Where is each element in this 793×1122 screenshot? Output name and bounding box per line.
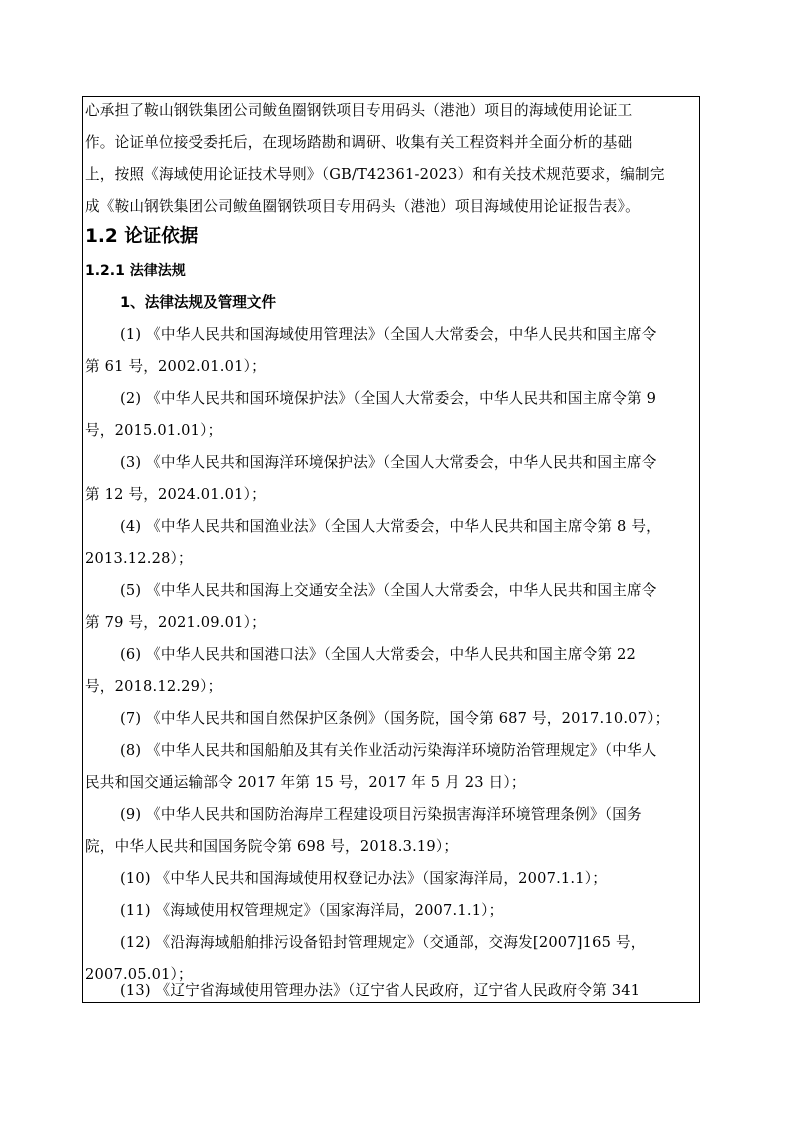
list-item-3-line-1: (3) 《中华人民共和国海洋环境保护法》（全国人大常委会，中华人民共和国主席令 bbox=[120, 453, 657, 473]
intro-line-2: 作。论证单位接受委托后，在现场踏勘和调研、收集有关工程资料并全面分析的基础 bbox=[85, 133, 632, 153]
list-item-12-line-1: (12) 《沿海海域船舶排污设备铅封管理规定》（交通部，交海发[2007]165… bbox=[120, 933, 646, 953]
list-item-2-line-2: 号，2015.01.01）； bbox=[85, 421, 222, 441]
intro-line-1: 心承担了鞍山钢铁集团公司鲅鱼圈钢铁项目专用码头（港池）项目的海域使用论证工 bbox=[85, 101, 632, 121]
list-item-11-line-1: (11) 《海域使用权管理规定》（国家海洋局，2007.1.1）； bbox=[120, 901, 503, 921]
list-item-7-line-1: (7) 《中华人民共和国自然保护区条例》（国务院，国令第 687 号，2017.… bbox=[120, 709, 669, 729]
list-item-9-line-1: (9) 《中华人民共和国防治海岸工程建设项目污染损害海洋环境管理条例》（国务 bbox=[120, 805, 642, 825]
intro-line-4: 成《鞍山钢铁集团公司鲅鱼圈钢铁项目专用码头（港池）项目海域使用论证报告表》。 bbox=[85, 197, 640, 217]
list-item-1-line-2: 第 61 号，2002.01.01）； bbox=[85, 357, 266, 377]
list-item-10-line-1: (10) 《中华人民共和国海域使用权登记办法》（国家海洋局，2007.1.1）； bbox=[120, 869, 607, 889]
list-item-5-line-2: 第 79 号，2021.09.01）； bbox=[85, 613, 266, 633]
list-item-4-line-1: (4) 《中华人民共和国渔业法》（全国人大常委会，中华人民共和国主席令第 8 号… bbox=[120, 517, 661, 537]
list-item-4-line-2: 2013.12.28）； bbox=[85, 549, 193, 569]
list-item-1-line-1: (1) 《中华人民共和国海域使用管理法》（全国人大常委会，中华人民共和国主席令 bbox=[120, 325, 657, 345]
intro-line-3: 上，按照《海域使用论证技术导则》（GB/T42361-2023）和有关技术规范要… bbox=[85, 165, 665, 185]
list-item-9-line-2: 院，中华人民共和国国务院令第 698 号，2018.3.19）； bbox=[85, 837, 458, 857]
list-item-6-line-1: (6) 《中华人民共和国港口法》（全国人大常委会，中华人民共和国主席令第 22 bbox=[120, 645, 636, 665]
section-heading: 1.2 论证依据 bbox=[85, 227, 198, 247]
list-item-3-line-2: 第 12 号，2024.01.01）； bbox=[85, 485, 266, 505]
list-item-2-line-1: (2) 《中华人民共和国环境保护法》（全国人大常委会，中华人民共和国主席令第 9 bbox=[120, 389, 656, 409]
list-item-13-line-1: (13) 《辽宁省海域使用管理办法》（辽宁省人民政府，辽宁省人民政府令第 341 bbox=[120, 981, 640, 1001]
list-item-6-line-2: 号，2018.12.29）； bbox=[85, 677, 222, 697]
document-page-frame: 心承担了鞍山钢铁集团公司鲅鱼圈钢铁项目专用码头（港池）项目的海域使用论证工 作。… bbox=[82, 96, 700, 1003]
list-item-5-line-1: (5) 《中华人民共和国海上交通安全法》（全国人大常委会，中华人民共和国主席令 bbox=[120, 581, 657, 601]
list-item-8-line-1: (8) 《中华人民共和国船舶及其有关作业活动污染海洋环境防治管理规定》（中华人 bbox=[120, 741, 657, 761]
list-item-8-line-2: 民共和国交通运输部令 2017 年第 15 号，2017 年 5 月 23 日）… bbox=[85, 773, 526, 793]
group-title: 1、法律法规及管理文件 bbox=[120, 293, 276, 313]
subsection-heading: 1.2.1 法律法规 bbox=[85, 261, 186, 281]
